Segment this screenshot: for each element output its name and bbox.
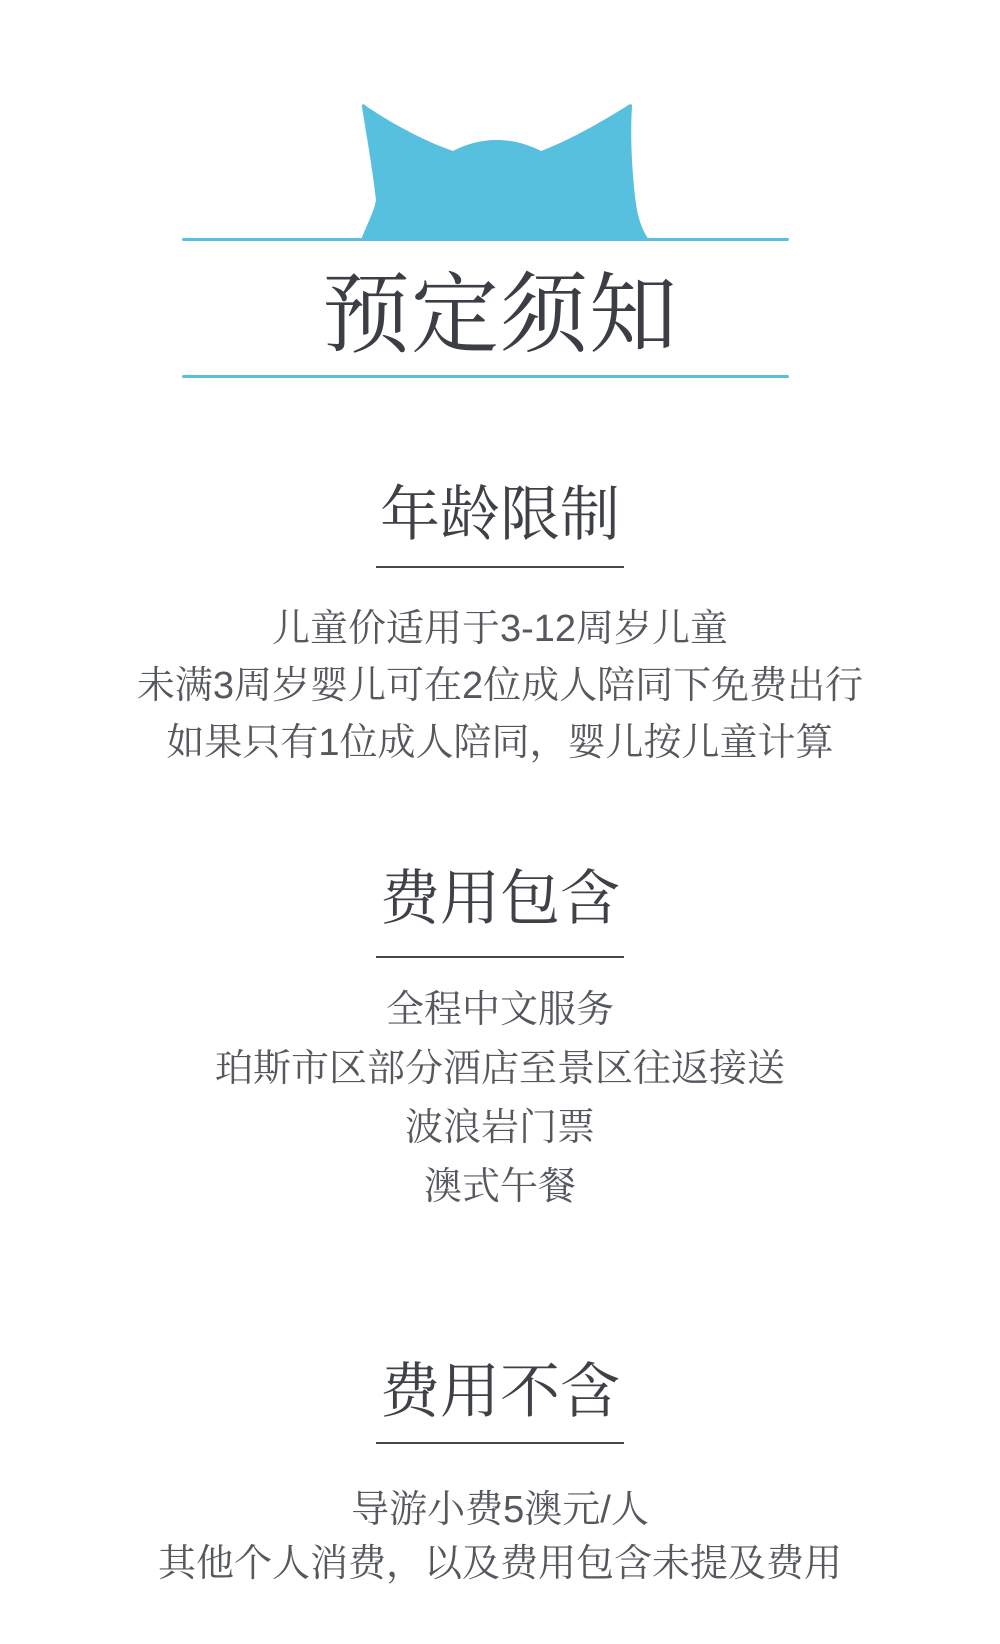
- section-body-age-limit: 儿童价适用于3-12周岁儿童 未满3周岁婴儿可在2位成人陪同下免费出行 如果只有…: [0, 601, 1000, 772]
- body-line: 儿童价适用于3-12周岁儿童: [0, 601, 1000, 658]
- heading-underline: [376, 1442, 624, 1444]
- section-heading-fee-included: 费用包含: [0, 859, 1000, 939]
- body-line: 珀斯市区部分酒店至景区往返接送: [0, 1040, 1000, 1099]
- section-body-fee-included: 全程中文服务 珀斯市区部分酒店至景区往返接送 波浪岩门票 澳式午餐: [0, 981, 1000, 1217]
- body-line: 其他个人消费，以及费用包含未提及费用: [0, 1537, 1000, 1591]
- section-body-fee-excluded: 导游小费5澳元/人 其他个人消费，以及费用包含未提及费用: [0, 1483, 1000, 1591]
- body-line: 澳式午餐: [0, 1158, 1000, 1217]
- cat-ears-icon: [345, 104, 649, 240]
- section-heading-fee-excluded: 费用不含: [0, 1352, 1000, 1432]
- header-divider-bottom: [182, 375, 789, 378]
- booking-notice-page: 预定须知 年龄限制 儿童价适用于3-12周岁儿童 未满3周岁婴儿可在2位成人陪同…: [0, 0, 1000, 1644]
- header-divider-top: [182, 238, 789, 241]
- body-line: 如果只有1位成人陪同，婴儿按儿童计算: [0, 715, 1000, 772]
- body-line: 未满3周岁婴儿可在2位成人陪同下免费出行: [0, 658, 1000, 715]
- heading-underline: [376, 956, 624, 958]
- section-heading-age-limit: 年龄限制: [0, 475, 1000, 555]
- heading-underline: [376, 566, 624, 568]
- body-line: 波浪岩门票: [0, 1099, 1000, 1158]
- body-line: 导游小费5澳元/人: [0, 1483, 1000, 1537]
- page-title: 预定须知: [0, 255, 1000, 375]
- body-line: 全程中文服务: [0, 981, 1000, 1040]
